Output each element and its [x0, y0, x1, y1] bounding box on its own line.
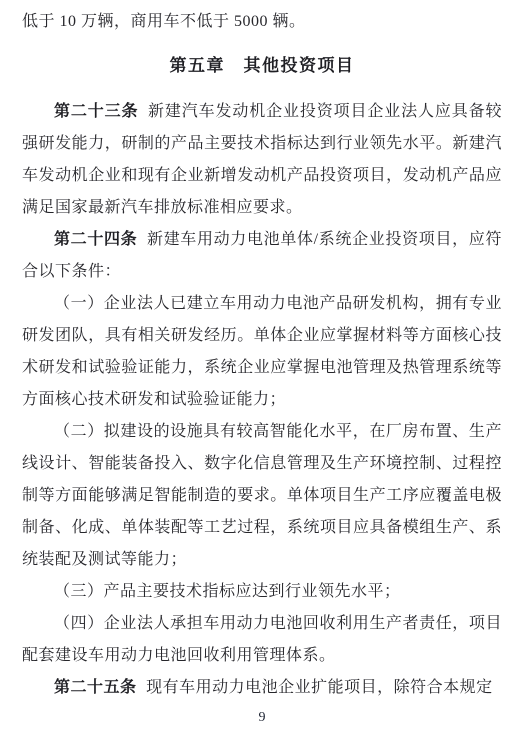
page-number: 9 [22, 704, 502, 732]
article-25-label: 第二十五条 [54, 679, 137, 696]
article-25-text: 现有车用动力电池企业扩能项目，除符合本规定 [146, 679, 493, 696]
continuation-text: 低于 10 万辆，商用车不低于 5000 辆。 [22, 6, 502, 38]
article-23-label: 第二十三条 [54, 103, 138, 120]
article-24-paragraph: 第二十四条新建车用动力电池单体/系统企业投资项目，应符合以下条件： [22, 224, 502, 288]
article-24-item-2: （二）拟建设的设施具有较高智能化水平，在厂房布置、生产线设计、智能装备投入、数字… [22, 416, 502, 576]
article-25-paragraph: 第二十五条现有车用动力电池企业扩能项目，除符合本规定 [22, 672, 502, 704]
article-24-item-4: （四）企业法人承担车用动力电池回收利用生产者责任，项目配套建设车用动力电池回收利… [22, 608, 502, 672]
article-23-paragraph: 第二十三条新建汽车发动机企业投资项目企业法人应具备较强研发能力，研制的产品主要技… [22, 96, 502, 224]
chapter-heading: 第五章 其他投资项目 [22, 50, 502, 82]
article-24-label: 第二十四条 [54, 231, 137, 248]
article-24-item-3: （三）产品主要技术指标应达到行业领先水平； [22, 576, 502, 608]
article-24-item-1: （一）企业法人已建立车用动力电池产品研发机构，拥有专业研发团队，具有相关研发经历… [22, 288, 502, 416]
document-page: 低于 10 万辆，商用车不低于 5000 辆。 第五章 其他投资项目 第二十三条… [0, 0, 524, 740]
